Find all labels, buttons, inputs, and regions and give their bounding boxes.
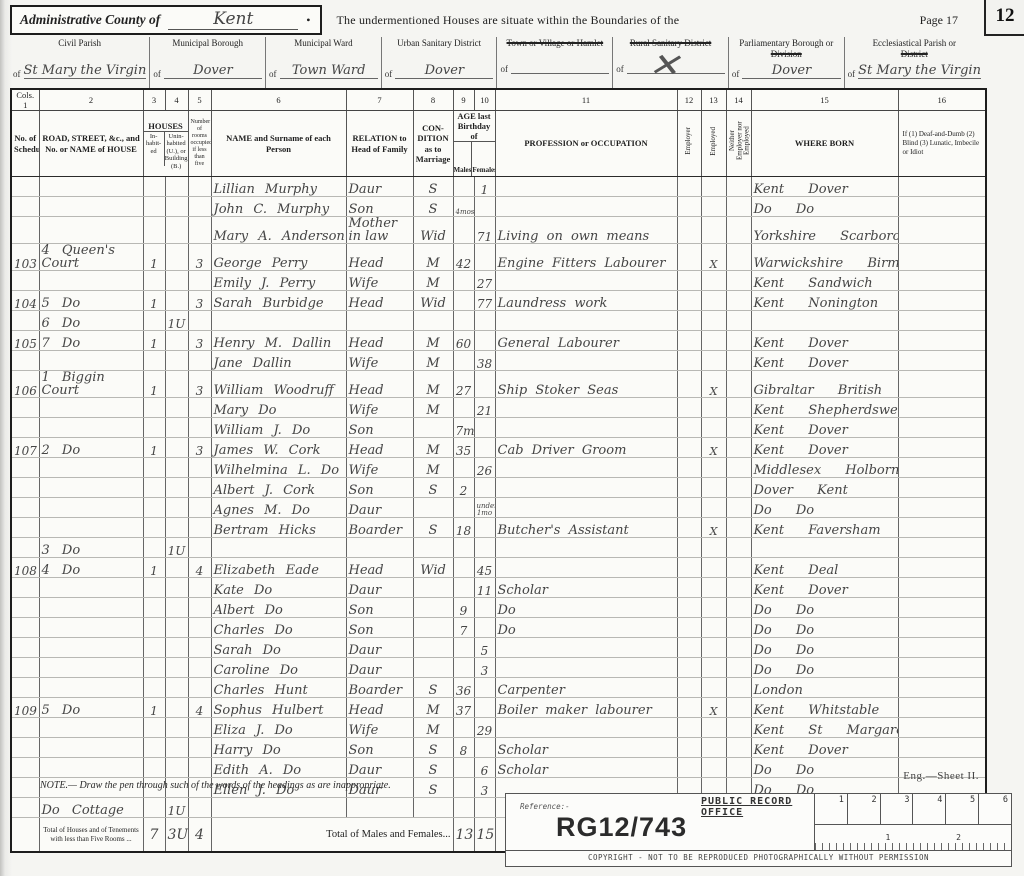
cell-inf (898, 438, 986, 458)
table-row: John C. MurphySonS4mosDo Do (11, 197, 986, 217)
cell-inf (898, 558, 986, 578)
cell-name: Edith A. Do (211, 758, 346, 778)
cell-occ (495, 478, 677, 498)
table-row: Mary DoWifeM21Kent Shepherdswell (11, 398, 986, 418)
cell-af: 77 (474, 291, 495, 311)
cell-emp (677, 351, 701, 371)
cell-nei (726, 371, 751, 398)
cell-af (474, 538, 495, 558)
cell-born: Kent Faversham (751, 518, 898, 538)
cell-empd (701, 758, 726, 778)
cell-empd (701, 538, 726, 558)
cell-cond: S (413, 478, 453, 498)
cell-occ: Boiler maker labourer (495, 698, 677, 718)
cell-name: Henry M. Dallin (211, 331, 346, 351)
cell-emp (677, 498, 701, 518)
table-row: 1072 Do13James W. CorkHeadM35Cab Driver … (11, 438, 986, 458)
cell-inf (898, 718, 986, 738)
cell-uninh (165, 518, 188, 538)
column-headers-row: No. of Schedule ROAD, STREET, &c., and N… (11, 111, 986, 177)
cell-am (453, 718, 474, 738)
cell-cond: Wid (413, 558, 453, 578)
district-municipal-borough: Municipal Borough ofDover (150, 37, 266, 88)
cell-nei (726, 618, 751, 638)
cell-nei (726, 418, 751, 438)
cell-road (39, 678, 143, 698)
cell-nei (726, 398, 751, 418)
cell-nei (726, 518, 751, 538)
cell-empd (701, 618, 726, 638)
cell-rel: Boarder (346, 678, 413, 698)
cell-am: 60 (453, 331, 474, 351)
cell-rooms: 4 (188, 698, 211, 718)
cell-uninh: 1U (165, 538, 188, 558)
cell-emp (677, 738, 701, 758)
cell-am (453, 291, 474, 311)
cell-inh: 1 (143, 291, 165, 311)
cell-born: Do Do (751, 498, 898, 518)
cell-am: 36 (453, 678, 474, 698)
cell-rel: Son (346, 738, 413, 758)
cell-sched (11, 578, 39, 598)
cell-am (453, 558, 474, 578)
cell-uninh (165, 578, 188, 598)
cell-uninh (165, 758, 188, 778)
cell-af: 27 (474, 271, 495, 291)
header-name: NAME and Surname of each Person (211, 111, 346, 177)
cell-nei (726, 197, 751, 217)
cell-am (453, 398, 474, 418)
cell-born: Gibraltar British Subject (751, 371, 898, 398)
cell-empd: X (701, 698, 726, 718)
table-row: 1057 Do13Henry M. DallinHeadM60General L… (11, 331, 986, 351)
cell-occ: Living on own means (495, 217, 677, 244)
cell-uninh (165, 498, 188, 518)
cell-af (474, 331, 495, 351)
cell-rooms (188, 271, 211, 291)
cell-uninh (165, 618, 188, 638)
cell-sched (11, 418, 39, 438)
cell-cond (413, 638, 453, 658)
cell-inh (143, 398, 165, 418)
cell-rel: Head (346, 291, 413, 311)
cell-nei (726, 498, 751, 518)
cell-am (453, 778, 474, 798)
cell-inh (143, 618, 165, 638)
cell-nei (726, 638, 751, 658)
cell-born: London (751, 678, 898, 698)
cell-sched (11, 678, 39, 698)
cell-nei (726, 758, 751, 778)
cell-af (474, 698, 495, 718)
table-row: Jane DallinWifeM38Kent Dover (11, 351, 986, 371)
cell-name: Wilhelmina L. Do (211, 458, 346, 478)
cell-am: 7mo (453, 418, 474, 438)
cell-road: 3 Do (39, 538, 143, 558)
cell-inh: 1 (143, 331, 165, 351)
cell-name: Lillian Murphy (211, 177, 346, 197)
cell-cond (413, 658, 453, 678)
cell-empd (701, 478, 726, 498)
cell-sched: 109 (11, 698, 39, 718)
cell-inh (143, 738, 165, 758)
cell-empd (701, 498, 726, 518)
cell-cond: S (413, 678, 453, 698)
public-record-office-stamp: Reference:- RG12/743 PUBLIC RECORD OFFIC… (505, 793, 1012, 867)
cell-inh (143, 271, 165, 291)
cell-uninh (165, 371, 188, 398)
cell-sched: 106 (11, 371, 39, 398)
cell-rel (346, 538, 413, 558)
cell-sched (11, 478, 39, 498)
cell-rooms: 3 (188, 291, 211, 311)
cell-rooms (188, 598, 211, 618)
cell-inh (143, 498, 165, 518)
cell-rel: Wife (346, 271, 413, 291)
cell-am (453, 271, 474, 291)
header-houses: HOUSES In-habit-ed Unin-habited (U.), or… (143, 111, 188, 177)
cell-inf (898, 678, 986, 698)
cell-road (39, 598, 143, 618)
cell-occ: Carpenter (495, 678, 677, 698)
cell-cond: M (413, 351, 453, 371)
census-table: Cols. 12 34 56 78 910 1112 1314 1516 No.… (10, 88, 987, 853)
cell-nei (726, 658, 751, 678)
cell-uninh (165, 291, 188, 311)
cell-occ (495, 398, 677, 418)
cell-nei (726, 578, 751, 598)
cell-sched (11, 538, 39, 558)
cell-rooms (188, 478, 211, 498)
cell-uninh (165, 478, 188, 498)
cell-cond (413, 618, 453, 638)
cell-af (474, 678, 495, 698)
cell-rooms: 3 (188, 331, 211, 351)
cell-name (211, 311, 346, 331)
cell-occ (495, 418, 677, 438)
cell-cond: Wid (413, 217, 453, 244)
table-row: Lillian MurphyDaurS1Kent Dover (11, 177, 986, 197)
cell-af: 3 (474, 778, 495, 798)
cell-am: 8 (453, 738, 474, 758)
cell-rooms (188, 197, 211, 217)
cell-inh (143, 197, 165, 217)
cell-born: Kent Dover (751, 578, 898, 598)
cell-emp (677, 371, 701, 398)
cell-road (39, 498, 143, 518)
cell-sched: 103 (11, 244, 39, 271)
cell-rooms (188, 798, 211, 818)
cell-cond (413, 311, 453, 331)
cell-road (39, 398, 143, 418)
cell-emp (677, 618, 701, 638)
cell-name: John C. Murphy (211, 197, 346, 217)
district-ecclesiastical-parish: Ecclesiastical Parish orDistrict ofSt Ma… (845, 37, 984, 88)
cell-rooms (188, 217, 211, 244)
cell-inh (143, 458, 165, 478)
cell-am (453, 498, 474, 518)
cell-uninh (165, 658, 188, 678)
cell-cond: M (413, 458, 453, 478)
cell-sched (11, 518, 39, 538)
table-row: Harry DoSonS8ScholarKent Dover (11, 738, 986, 758)
cell-occ: Butcher's Assistant (495, 518, 677, 538)
cell-road (39, 418, 143, 438)
reference-number: RG12/743 (556, 812, 687, 843)
cell-af: 71 (474, 217, 495, 244)
cell-occ (495, 718, 677, 738)
cell-cond: M (413, 371, 453, 398)
cell-rel: Boarder (346, 518, 413, 538)
cell-sched: 104 (11, 291, 39, 311)
cell-af (474, 197, 495, 217)
cell-occ (495, 351, 677, 371)
cell-inh: 1 (143, 438, 165, 458)
cell-rel: Daur (346, 177, 413, 197)
page-number: Page 17 (920, 13, 958, 28)
cell-am: 4mos (453, 197, 474, 217)
cell-rel: Son (346, 478, 413, 498)
cell-af (474, 371, 495, 398)
cell-name: Harry Do (211, 738, 346, 758)
cell-cond: M (413, 271, 453, 291)
cell-nei (726, 291, 751, 311)
cell-rel: Head (346, 558, 413, 578)
table-row: Caroline DoDaur3Do Do (11, 658, 986, 678)
cell-occ: Scholar (495, 578, 677, 598)
cell-empd (701, 418, 726, 438)
cell-rel: Head (346, 438, 413, 458)
cell-am (453, 311, 474, 331)
cell-uninh: 1U (165, 311, 188, 331)
cell-nei (726, 351, 751, 371)
district-parliamentary-borough: Parliamentary Borough orDivision ofDover (729, 37, 845, 88)
cell-sched (11, 758, 39, 778)
cell-rel: Wife (346, 351, 413, 371)
cell-road: 1 Biggin Court (39, 371, 143, 398)
cell-occ (495, 458, 677, 478)
cell-inf (898, 538, 986, 558)
cell-road (39, 758, 143, 778)
cell-emp (677, 244, 701, 271)
cell-inh (143, 478, 165, 498)
cell-nei (726, 558, 751, 578)
cell-inf (898, 698, 986, 718)
cell-inh: 1 (143, 698, 165, 718)
cell-rooms (188, 718, 211, 738)
reference-label: Reference:- (520, 802, 570, 811)
table-row: William J. DoSon7moKent Dover (11, 418, 986, 438)
table-row: Bertram HicksBoarderS18Butcher's Assista… (11, 518, 986, 538)
cell-am (453, 638, 474, 658)
cell-road: 4 Queen's Court (39, 244, 143, 271)
cell-rooms: 4 (188, 558, 211, 578)
cell-am (453, 658, 474, 678)
admin-county-label: Administrative County of (20, 12, 160, 28)
cell-emp (677, 758, 701, 778)
district-town-village: Town or Village or Hamlet of (497, 37, 613, 88)
cell-cond: S (413, 518, 453, 538)
cell-rel (346, 311, 413, 331)
cell-rel: Mother in law (346, 217, 413, 244)
cell-inh: 1 (143, 558, 165, 578)
cell-nei (726, 678, 751, 698)
cell-born: Do Do (751, 618, 898, 638)
cell-road: Do Cottage (39, 798, 143, 818)
cell-af: 5 (474, 638, 495, 658)
cell-af: 21 (474, 398, 495, 418)
cell-inf (898, 638, 986, 658)
header-employer: Employer (677, 111, 701, 177)
cell-nei (726, 538, 751, 558)
cell-born: Kent Shepherdswell (751, 398, 898, 418)
cell-uninh (165, 698, 188, 718)
cell-inf (898, 331, 986, 351)
cell-occ: Laundress work (495, 291, 677, 311)
cell-inh (143, 798, 165, 818)
cell-am: 42 (453, 244, 474, 271)
cell-born (751, 311, 898, 331)
cell-rel: Head (346, 331, 413, 351)
cell-occ (495, 558, 677, 578)
cell-occ (495, 658, 677, 678)
cell-cond (413, 578, 453, 598)
cell-emp (677, 698, 701, 718)
situate-line: The undermentioned Houses are situate wi… (336, 13, 919, 28)
cell-inf (898, 398, 986, 418)
cell-inh (143, 578, 165, 598)
cell-inf (898, 311, 986, 331)
cell-emp (677, 718, 701, 738)
cell-empd (701, 271, 726, 291)
cell-am: 2 (453, 478, 474, 498)
cell-empd: X (701, 371, 726, 398)
cell-sched (11, 498, 39, 518)
cell-inf (898, 197, 986, 217)
table-row: Eliza J. DoWifeM29Kent St Margarets (11, 718, 986, 738)
cell-emp (677, 678, 701, 698)
cell-name: Bertram Hicks (211, 518, 346, 538)
census-rows: Lillian MurphyDaurS1Kent DoverJohn C. Mu… (11, 177, 986, 818)
cell-occ: Cab Driver Groom (495, 438, 677, 458)
cell-rel: Son (346, 618, 413, 638)
cell-af (474, 244, 495, 271)
cell-inh (143, 718, 165, 738)
cell-empd (701, 718, 726, 738)
cell-rel: Daur (346, 638, 413, 658)
cell-born (751, 538, 898, 558)
cell-name: Albert J. Cork (211, 478, 346, 498)
cell-name: Caroline Do (211, 658, 346, 678)
cell-emp (677, 658, 701, 678)
cell-born: Dover Kent (751, 478, 898, 498)
cell-sched (11, 638, 39, 658)
cell-inh (143, 418, 165, 438)
cell-empd (701, 291, 726, 311)
cell-am: 37 (453, 698, 474, 718)
cell-born: Do Do (751, 638, 898, 658)
office-name: PUBLIC RECORD OFFICE (701, 796, 814, 818)
cell-af (474, 478, 495, 498)
cell-born: Do Do (751, 658, 898, 678)
cell-name (211, 538, 346, 558)
cell-sched (11, 618, 39, 638)
cell-name: Elizabeth Eade (211, 558, 346, 578)
cell-sched (11, 738, 39, 758)
table-row: Albert J. CorkSonS2Dover Kent (11, 478, 986, 498)
cell-emp (677, 331, 701, 351)
header-infirmity: If (1) Deaf-and-Dumb (2) Blind (3) Lunat… (898, 111, 986, 177)
cell-sched (11, 197, 39, 217)
total-rooms: 4 (188, 818, 211, 853)
cell-emp (677, 458, 701, 478)
cell-nei (726, 698, 751, 718)
cell-uninh (165, 271, 188, 291)
cell-rooms: 3 (188, 371, 211, 398)
cell-inh (143, 658, 165, 678)
cell-name: William Woodruff (211, 371, 346, 398)
cell-road (39, 578, 143, 598)
cell-sched (11, 798, 39, 818)
cell-empd (701, 177, 726, 197)
cell-rooms (188, 311, 211, 331)
cell-road: 5 Do (39, 291, 143, 311)
cell-sched: 108 (11, 558, 39, 578)
cell-road (39, 271, 143, 291)
cell-am (453, 458, 474, 478)
district-band: Civil Parish ofSt Mary the Virgin Munici… (10, 37, 984, 88)
cell-name: Mary Do (211, 398, 346, 418)
cell-name: Jane Dallin (211, 351, 346, 371)
header-employed: Employed (701, 111, 726, 177)
cell-inf (898, 578, 986, 598)
table-row: 1045 Do13Sarah BurbidgeHeadWid77Laundres… (11, 291, 986, 311)
cell-cond (413, 498, 453, 518)
cell-inh: 1 (143, 371, 165, 398)
cell-rel: Son (346, 197, 413, 217)
ruler-scale: 1 2 3 4 5 6 1 2 (814, 794, 1011, 850)
cell-rel: Wife (346, 398, 413, 418)
cell-empd (701, 658, 726, 678)
cell-sched (11, 598, 39, 618)
table-row: Emily J. PerryWifeM27Kent Sandwich (11, 271, 986, 291)
copyright-line: COPYRIGHT - NOT TO BE REPRODUCED PHOTOGR… (506, 850, 1011, 865)
cell-inf (898, 458, 986, 478)
cell-empd (701, 217, 726, 244)
cell-nei (726, 598, 751, 618)
table-row: Kate DoDaur11ScholarKent Dover (11, 578, 986, 598)
cell-uninh (165, 638, 188, 658)
cell-cond (413, 418, 453, 438)
cell-rooms: 3 (188, 244, 211, 271)
cell-road (39, 718, 143, 738)
cell-af: 11 (474, 578, 495, 598)
cell-uninh: 1U (165, 798, 188, 818)
cell-name (211, 798, 346, 818)
cell-rooms (188, 738, 211, 758)
cell-inf (898, 371, 986, 398)
cell-uninh (165, 398, 188, 418)
cell-inf (898, 351, 986, 371)
cell-rooms (188, 458, 211, 478)
district-rural-sanitary: Rural Sanitary District ✕ of (613, 37, 729, 88)
cell-emp (677, 177, 701, 197)
cell-empd (701, 598, 726, 618)
cell-af: 1 (474, 177, 495, 197)
cell-born: Yorkshire Scarborough (751, 217, 898, 244)
cell-rooms (188, 578, 211, 598)
cell-nei (726, 718, 751, 738)
